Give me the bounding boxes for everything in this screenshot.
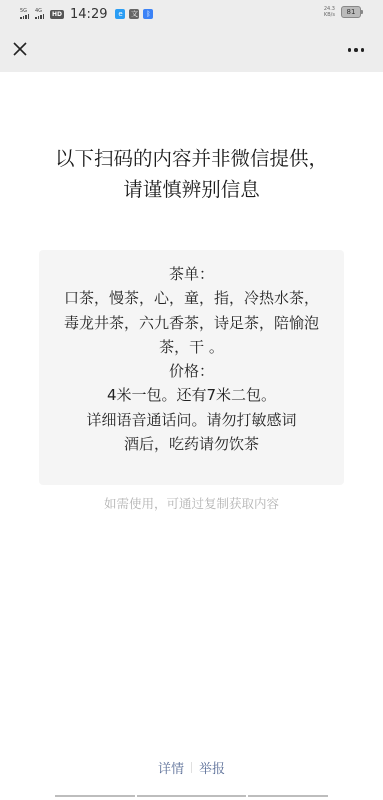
scanned-content-box[interactable]: 茶单： 口茶，慢茶，心，童，指，冷热水茶， 毒龙井茶，六九香茶，诗足茶，陪愉泡 … [39, 250, 344, 485]
more-icon-dot [348, 48, 352, 52]
content-line: 茶单： [39, 262, 344, 286]
bluetooth-app-icon: ᛒ [143, 9, 153, 19]
more-icon-dot [361, 48, 365, 52]
clock: 14:29 [70, 7, 107, 22]
warning-line-2: 请谨慎辨别信息 [0, 174, 383, 205]
browser-icon: e [115, 9, 125, 19]
content-line: 口茶，慢茶，心，童，指，冷热水茶， [39, 286, 344, 310]
close-icon [12, 41, 28, 57]
warning-title: 以下扫码的内容并非微信提供， 请谨慎辨别信息 [0, 143, 383, 205]
report-link[interactable]: 举报 [199, 758, 225, 777]
nav-bar [0, 28, 383, 72]
scanned-content-text: 茶单： 口茶，慢茶，心，童，指，冷热水茶， 毒龙井茶，六九香茶，诗足茶，陪愉泡 … [39, 262, 344, 456]
signal-4g-icon: 4G [35, 9, 44, 19]
hd-voice-icon: HD [50, 10, 64, 19]
more-button[interactable] [345, 40, 367, 60]
content-line: 茶，干 。 [39, 335, 344, 359]
details-link[interactable]: 详情 [158, 758, 184, 777]
network-speed-unit: KB/s [324, 12, 335, 18]
content-line: 酒后，吃药请勿饮茶 [39, 432, 344, 456]
warning-line-1: 以下扫码的内容并非微信提供， [0, 143, 383, 174]
content-line: 毒龙井茶，六九香茶，诗足茶，陪愉泡 [39, 311, 344, 335]
battery-icon: 81 [341, 6, 361, 18]
content-line: 详细语音通话问。请勿打敏感词 [39, 408, 344, 432]
network-speed: 24.3 KB/s [324, 6, 335, 18]
close-button[interactable] [10, 38, 30, 60]
content-line: 4米一包。还有7米二包。 [39, 383, 344, 407]
divider [191, 762, 192, 773]
more-icon-dot [354, 48, 358, 52]
status-bar: 5G 4G HD 14:29 e 文 ᛒ 24.3 KB/s 81 [0, 0, 383, 28]
gesture-bar[interactable] [55, 795, 328, 798]
content-line: 价格： [39, 359, 344, 383]
copy-hint: 如需使用，可通过复制获取内容 [0, 494, 383, 512]
footer-links: 详情 举报 [0, 758, 383, 777]
signal-5g-icon: 5G [20, 9, 29, 19]
reader-icon: 文 [129, 9, 139, 19]
